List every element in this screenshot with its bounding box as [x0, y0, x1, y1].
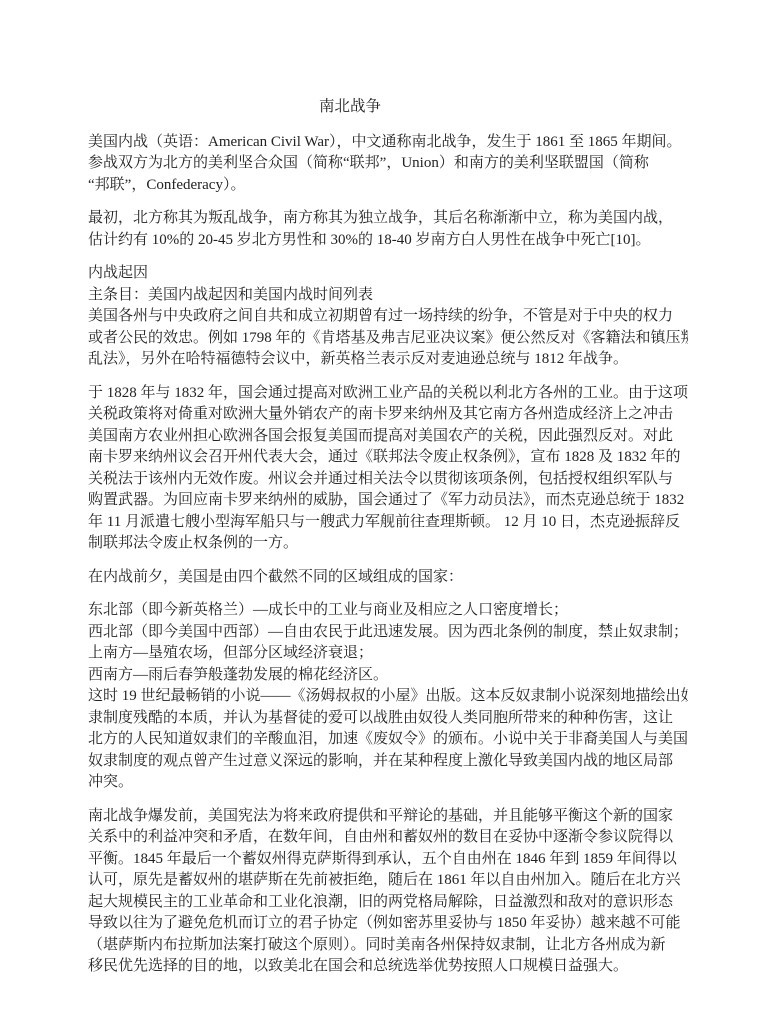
text-line: 移民优先选择的目的地，以致美北在国会和总统选举优势按照人口规模日益强大。 [88, 956, 688, 978]
paragraph: 内战起因主条目：美国内战起因和美国内战时间列表美国各州与中央政府之间自共和成立初… [88, 263, 688, 371]
text-line: 隶制度残酷的本质，并认为基督徒的爱可以战胜由奴役人类同胞所带来的种种伤害，这让 [88, 708, 688, 730]
text-line: 关税法于该州内无效作废。州议会并通过相关法令以贯彻该项条例，包括授权组织军队与 [88, 469, 688, 491]
text-line: 西北部（即今美国中西部）—自由农民于此迅速发展。因为西北条例的制度，禁止奴隶制； [88, 622, 688, 644]
document-page: 南北战争 美国内战（英语：American Civil War），中文通称南北战… [0, 0, 768, 1024]
text-line: “邦联”，Confederacy）。 [88, 175, 688, 197]
text-line: 认可，原先是蓄奴州的堪萨斯在先前被拒绝，随后在 1861 年以自由州加入。随后在… [88, 870, 688, 892]
paragraph: 南北战争爆发前，美国宪法为将来政府提供和平辩论的基础，并且能够平衡这个新的国家关… [88, 806, 688, 978]
paragraph: 在内战前夕，美国是由四个截然不同的区域组成的国家： [88, 567, 688, 589]
text-line: 或者公民的效忠。例如 1798 年的《肯塔基及弗吉尼亚决议案》便公然反对《客籍法… [88, 328, 688, 350]
text-line: 于 1828 年与 1832 年，国会通过提高对欧洲工业产品的关税以利北方各州的… [88, 383, 688, 405]
text-line: 南卡罗来纳州议会召开州代表大会，通过《联邦法令废止权条例》，宣布 1828 及 … [88, 447, 688, 469]
text-line: 购置武器。为回应南卡罗来纳州的威胁，国会通过了《军力动员法》，而杰克逊总统于 1… [88, 490, 688, 512]
paragraph: 于 1828 年与 1832 年，国会通过提高对欧洲工业产品的关税以利北方各州的… [88, 383, 688, 555]
text-line: 北方的人民知道奴隶们的辛酸血泪，加速《废奴令》的颁布。小说中关于非裔美国人与美国 [88, 729, 688, 751]
paragraph: 最初，北方称其为叛乱战争，南方称其为独立战争，其后名称渐渐中立，称为美国内战，估… [88, 208, 688, 251]
paragraph: 美国内战（英语：American Civil War），中文通称南北战争，发生于… [88, 132, 688, 197]
text-line: 奴隶制度的观点曾产生过意义深远的影响，并在某种程度上激化导致美国内战的地区局部 [88, 751, 688, 773]
text-line: 上南方—垦殖农场，但部分区域经济衰退； [88, 643, 688, 665]
text-line: 这时 19 世纪最畅销的小说——《汤姆叔叔的小屋》出版。这本反奴隶制小说深刻地描… [88, 686, 688, 708]
text-line: 西南方—雨后春笋般蓬勃发展的棉花经济区。 [88, 665, 688, 687]
text-line: 内战起因 [88, 263, 688, 285]
text-line: 南北战争爆发前，美国宪法为将来政府提供和平辩论的基础，并且能够平衡这个新的国家 [88, 806, 688, 828]
text-line: 导致以往为了避免危机而订立的君子协定（例如密苏里妥协与 1850 年妥协）越来越… [88, 913, 688, 935]
paragraph: 东北部（即今新英格兰）—成长中的工业与商业及相应之人口密度增长；西北部（即今美国… [88, 600, 688, 794]
text-line: 年 11 月派遣七艘小型海军船只与一艘武力军舰前往查理斯顿。 12 月 10 日… [88, 512, 688, 534]
text-line: 美国内战（英语：American Civil War），中文通称南北战争，发生于… [88, 132, 688, 154]
text-line: 冲突。 [88, 772, 688, 794]
text-line: 乱法》，另外在哈特福德特会议中，新英格兰表示反对麦迪逊总统与 1812 年战争。 [88, 349, 688, 371]
text-line: 最初，北方称其为叛乱战争，南方称其为独立战争，其后名称渐渐中立，称为美国内战， [88, 208, 688, 230]
text-line: 关税政策将对倚重对欧洲大量外销农产的南卡罗来纳州及其它南方各州造成经济上之冲击 [88, 404, 688, 426]
text-line: 制联邦法令废止权条例的一方。 [88, 533, 688, 555]
text-line: 起大规模民主的工业革命和工业化浪潮，旧的两党格局解除，日益激烈和敌对的意识形态 [88, 892, 688, 914]
text-line: 美国南方农业州担心欧洲各国会报复美国而提高对美国农产的关税，因此强烈反对。对此 [88, 426, 688, 448]
text-line: 参战双方为北方的美利坚合众国（简称“联邦”，Union）和南方的美利坚联盟国（简… [88, 153, 688, 175]
text-line: 平衡。1845 年最后一个蓄奴州得克萨斯得到承认，五个自由州在 1846 年到 … [88, 849, 688, 871]
document-content: 美国内战（英语：American Civil War），中文通称南北战争，发生于… [88, 132, 688, 978]
document-title: 南北战争 [88, 96, 612, 118]
text-line: 东北部（即今新英格兰）—成长中的工业与商业及相应之人口密度增长； [88, 600, 688, 622]
text-line: 主条目：美国内战起因和美国内战时间列表 [88, 285, 688, 307]
text-line: 在内战前夕，美国是由四个截然不同的区域组成的国家： [88, 567, 688, 589]
text-line: （堪萨斯内布拉斯加法案打破这个原则）。同时美南各州保持奴隶制，让北方各州成为新 [88, 935, 688, 957]
text-line: 美国各州与中央政府之间自共和成立初期曾有过一场持续的纷争，不管是对于中央的权力 [88, 306, 688, 328]
text-line: 估计约有 10%的 20-45 岁北方男性和 30%的 18-40 岁南方白人男… [88, 230, 688, 252]
text-line: 关系中的利益冲突和矛盾，在数年间，自由州和蓄奴州的数目在妥协中逐渐令参议院得以 [88, 827, 688, 849]
